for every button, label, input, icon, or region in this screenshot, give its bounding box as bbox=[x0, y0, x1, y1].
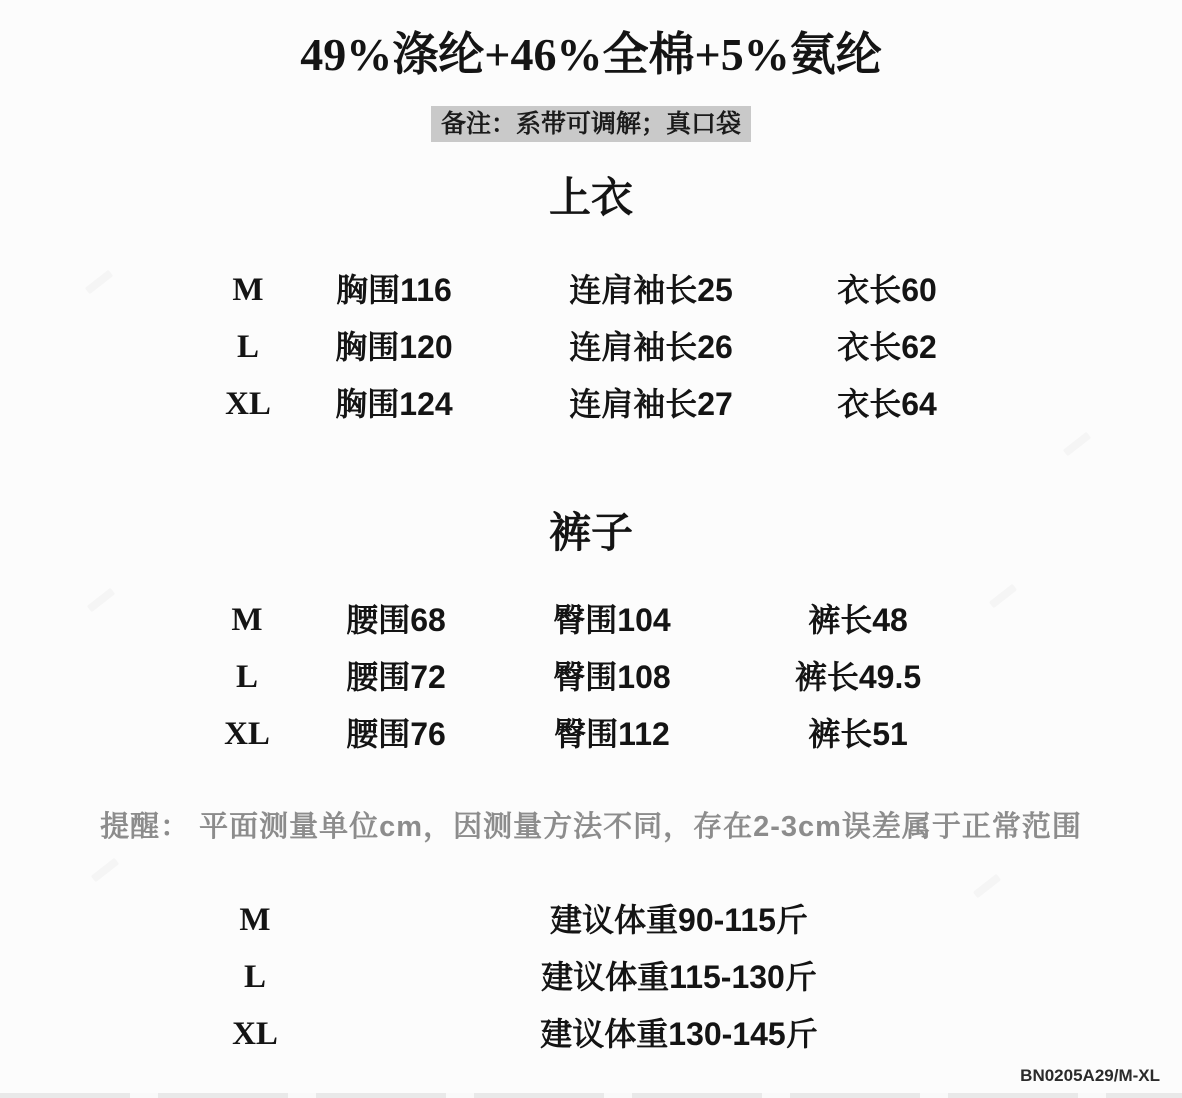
watermark-artifact bbox=[91, 858, 120, 883]
size-label: XL bbox=[188, 376, 308, 433]
size-label: XL bbox=[187, 706, 307, 763]
size-label: M bbox=[187, 592, 307, 649]
pants-length-value: 裤长48 bbox=[738, 592, 978, 649]
tops-size-table: M 胸围116 连肩袖长25 衣长60 L 胸围120 连肩袖长26 衣长62 … bbox=[0, 262, 1182, 433]
garment-length-value: 衣长60 bbox=[787, 262, 987, 319]
table-row: XL 腰围76 臀围112 裤长51 bbox=[0, 706, 1182, 763]
page-title: 49%涤纶+46%全棉+5%氨纶 bbox=[0, 28, 1182, 82]
table-row: M 建议体重90-115斤 bbox=[0, 892, 1182, 949]
table-row: XL 胸围124 连肩袖长27 衣长64 bbox=[0, 376, 1182, 433]
table-row: XL 建议体重130-145斤 bbox=[0, 1006, 1182, 1063]
size-chart-page: 49%涤纶+46%全棉+5%氨纶 备注：系带可调解；真口袋 上衣 M 胸围116… bbox=[0, 0, 1182, 1098]
sleeve-value: 连肩袖长25 bbox=[531, 262, 771, 319]
waist-value: 腰围68 bbox=[296, 592, 496, 649]
weight-recommendation: 建议体重90-115斤 bbox=[479, 892, 879, 949]
size-label: XL bbox=[195, 1006, 315, 1063]
watermark-artifact bbox=[1063, 432, 1092, 457]
pants-length-value: 裤长51 bbox=[738, 706, 978, 763]
hip-value: 臀围104 bbox=[512, 592, 712, 649]
sleeve-value: 连肩袖长27 bbox=[531, 376, 771, 433]
chest-value: 胸围120 bbox=[294, 319, 494, 376]
garment-length-value: 衣长64 bbox=[787, 376, 987, 433]
chest-value: 胸围124 bbox=[294, 376, 494, 433]
size-label: L bbox=[188, 319, 308, 376]
section-heading-pants: 裤子 bbox=[0, 509, 1182, 557]
pants-size-table: M 腰围68 臀围104 裤长48 L 腰围72 臀围108 裤长49.5 XL… bbox=[0, 592, 1182, 763]
note-row: 备注：系带可调解；真口袋 bbox=[0, 106, 1182, 142]
table-row: L 胸围120 连肩袖长26 衣长62 bbox=[0, 319, 1182, 376]
weight-recommendation: 建议体重130-145斤 bbox=[479, 1006, 879, 1063]
bottom-edge-strip bbox=[0, 1093, 1182, 1098]
weight-recommendation: 建议体重115-130斤 bbox=[479, 949, 879, 1006]
size-label: L bbox=[195, 949, 315, 1006]
weight-recommendation-table: M 建议体重90-115斤 L 建议体重115-130斤 XL 建议体重130-… bbox=[0, 892, 1182, 1063]
sleeve-value: 连肩袖长26 bbox=[531, 319, 771, 376]
table-row: L 腰围72 臀围108 裤长49.5 bbox=[0, 649, 1182, 706]
hip-value: 臀围112 bbox=[512, 706, 712, 763]
table-row: M 腰围68 臀围104 裤长48 bbox=[0, 592, 1182, 649]
waist-value: 腰围72 bbox=[296, 649, 496, 706]
note-badge: 备注：系带可调解；真口袋 bbox=[431, 106, 751, 142]
product-code: BN0205A29/M-XL bbox=[1020, 1066, 1160, 1086]
size-label: M bbox=[195, 892, 315, 949]
chest-value: 胸围116 bbox=[294, 262, 494, 319]
table-row: L 建议体重115-130斤 bbox=[0, 949, 1182, 1006]
size-label: L bbox=[187, 649, 307, 706]
garment-length-value: 衣长62 bbox=[787, 319, 987, 376]
size-label: M bbox=[188, 262, 308, 319]
waist-value: 腰围76 bbox=[296, 706, 496, 763]
measurement-reminder: 提醒： 平面测量单位cm，因测量方法不同，存在2-3cm误差属于正常范围 bbox=[0, 808, 1182, 846]
pants-length-value: 裤长49.5 bbox=[738, 649, 978, 706]
table-row: M 胸围116 连肩袖长25 衣长60 bbox=[0, 262, 1182, 319]
section-heading-tops: 上衣 bbox=[0, 174, 1182, 222]
hip-value: 臀围108 bbox=[512, 649, 712, 706]
